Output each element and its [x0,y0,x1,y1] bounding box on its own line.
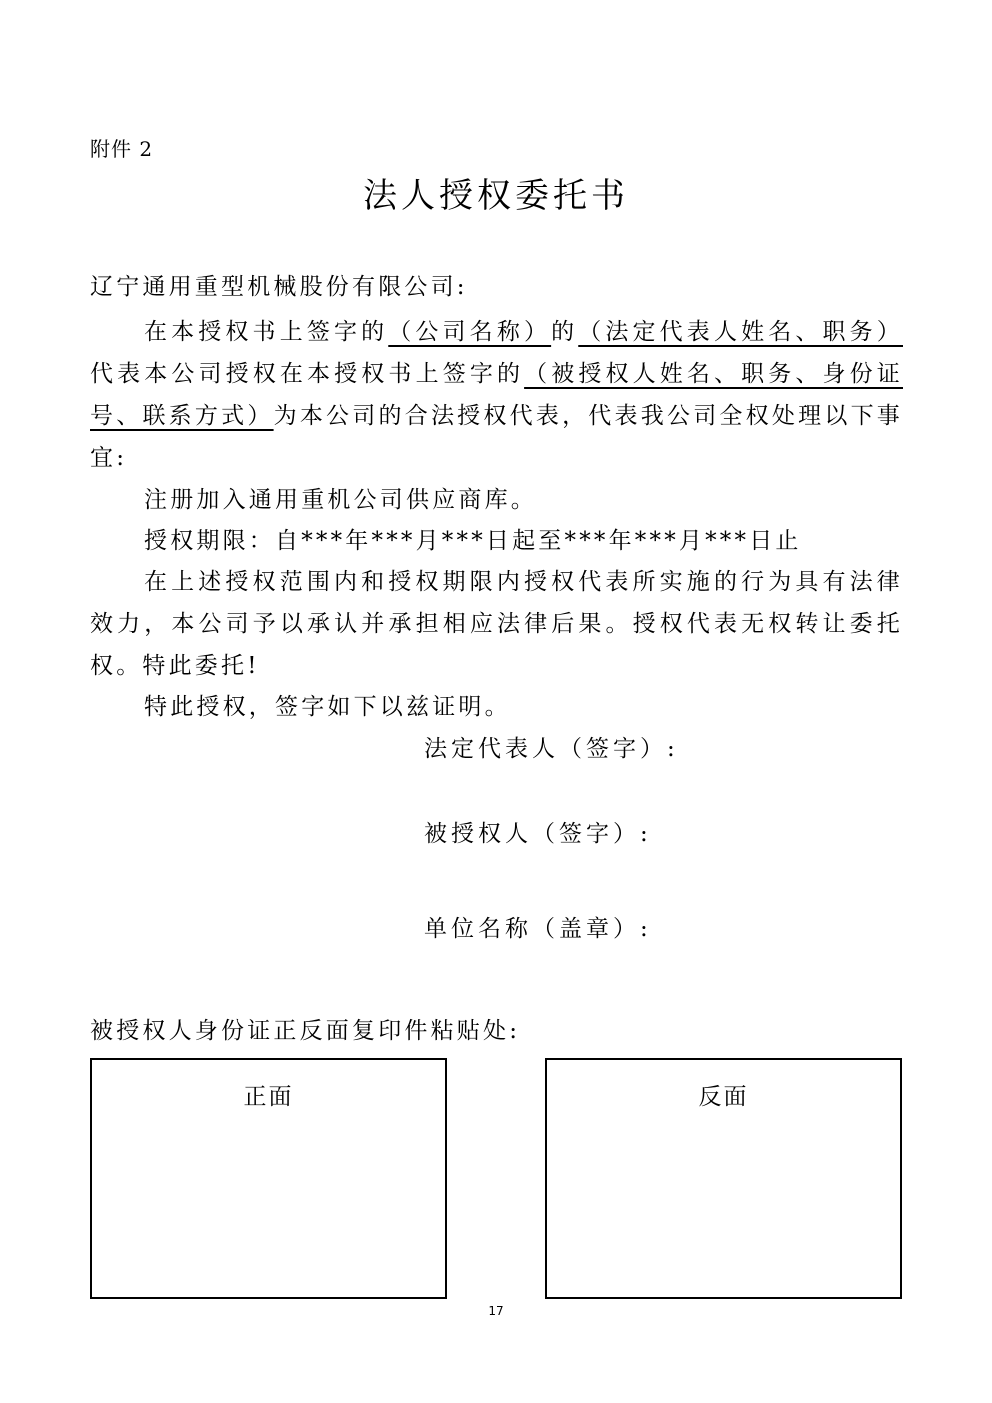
legal-rep-field: （法定代表人姓名、职务） [578,319,903,345]
paragraph-connector: 的 [551,319,578,345]
document-title: 法人授权委托书 [0,168,992,217]
id-front-paste-box: 正面 [90,1058,447,1299]
page-number: 17 [0,1304,992,1318]
authorized-person-signature-line: 被授权人（签字）: [424,815,652,848]
paragraph-middle: 代表本公司授权在本授权书上签字的 [90,361,524,387]
legal-rep-signature-line: 法定代表人（签字）: [424,730,679,763]
attachment-label: 附件 2 [90,133,153,162]
validity-paragraph: 在上述授权范围内和授权期限内授权代表所实施的行为具有法律效力，本公司予以承认并承… [90,561,903,687]
company-seal-line: 单位名称（盖章）: [424,910,652,943]
authorization-period: 授权期限：自***年***月***日起至***年***月***日止 [90,520,903,562]
company-name-field: （公司名称） [388,319,551,345]
id-front-label: 正面 [92,1078,445,1111]
id-back-paste-box: 反面 [545,1058,902,1299]
id-copy-label: 被授权人身份证正反面复印件粘贴处: [90,1010,903,1052]
authorized-matter: 注册加入通用重机公司供应商库。 [90,479,903,521]
paragraph-lead: 在本授权书上签字的 [144,319,388,345]
authorization-paragraph: 在本授权书上签字的（公司名称）的（法定代表人姓名、职务）代表本公司授权在本授权书… [90,311,903,479]
closing-statement: 特此授权，签字如下以兹证明。 [90,686,903,728]
id-back-label: 反面 [547,1078,900,1111]
addressee: 辽宁通用重型机械股份有限公司: [90,266,903,308]
